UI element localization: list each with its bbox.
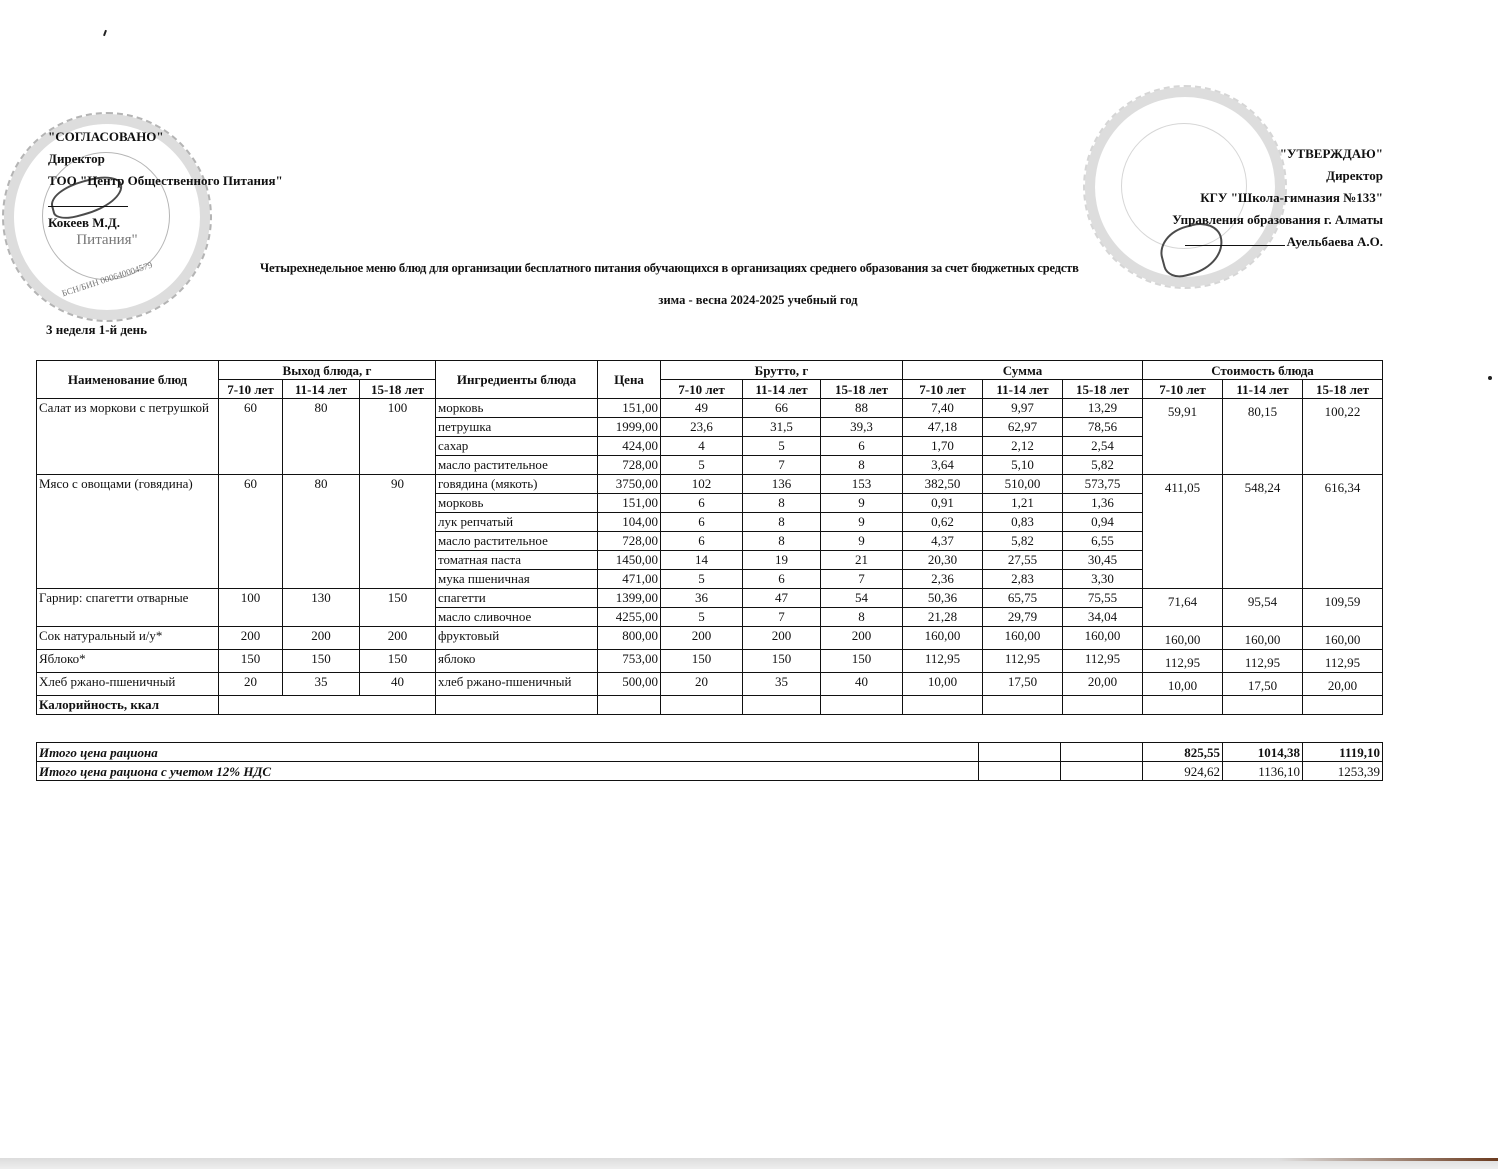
dish-yield: 80 [283,475,360,589]
approval-organization: ТОО "Центр Общественного Питания" [48,170,283,192]
header-sum-age-0: 7-10 лет [903,380,983,399]
ingredient-brutto: 88 [821,399,903,418]
table-row: Яблоко*150150150яблоко753,00150150150112… [37,650,1383,673]
ingredient-sum: 112,95 [1063,650,1143,673]
page-edge-shadow [1278,1158,1498,1161]
ingredient-sum: 78,56 [1063,418,1143,437]
table-row: Хлеб ржано-пшеничный203540хлеб ржано-пше… [37,673,1383,696]
dish-name: Гарнир: спагетти отварные [37,589,219,627]
dish-cost: 20,00 [1303,673,1383,696]
ingredient-sum: 20,30 [903,551,983,570]
dish-yield: 80 [283,399,360,475]
ingredient-name: масло растительное [436,532,598,551]
ingredient-sum: 573,75 [1063,475,1143,494]
empty-cell [219,696,436,715]
ingredient-name: лук репчатый [436,513,598,532]
ingredient-brutto: 9 [821,513,903,532]
dish-yield: 35 [283,673,360,696]
total-ration-vat-label: Итого цена рациона с учетом 12% НДС [37,762,979,781]
dish-cost: 10,00 [1143,673,1223,696]
ingredient-brutto: 5 [743,437,821,456]
approval-heading: "УТВЕРЖДАЮ" [1172,143,1383,165]
approval-organization: КГУ "Школа-гимназия №133" [1172,187,1383,209]
ingredient-price: 500,00 [598,673,661,696]
dish-yield: 200 [360,627,436,650]
ingredient-name: мука пшеничная [436,570,598,589]
ingredient-brutto: 200 [661,627,743,650]
ingredient-brutto: 39,3 [821,418,903,437]
ingredient-brutto: 200 [821,627,903,650]
ingredient-sum: 112,95 [903,650,983,673]
dish-yield: 200 [219,627,283,650]
empty-cell [598,696,661,715]
ingredient-sum: 21,28 [903,608,983,627]
ingredient-name: хлеб ржано-пшеничный [436,673,598,696]
ingredient-brutto: 36 [661,589,743,608]
ingredient-brutto: 20 [661,673,743,696]
total-ration-15-18: 1119,10 [1303,743,1383,762]
ingredient-brutto: 8 [821,608,903,627]
scan-dot [1488,376,1492,380]
header-yield: Выход блюда, г [219,361,436,380]
page-bottom-edge [0,1158,1498,1169]
ingredient-sum: 10,00 [903,673,983,696]
dish-yield: 150 [360,650,436,673]
ingredient-price: 800,00 [598,627,661,650]
empty-cell [983,696,1063,715]
header-sum-age-1: 11-14 лет [983,380,1063,399]
ingredient-sum: 382,50 [903,475,983,494]
ingredient-price: 1450,00 [598,551,661,570]
ingredient-brutto: 150 [661,650,743,673]
ingredient-brutto: 14 [661,551,743,570]
ingredient-sum: 1,21 [983,494,1063,513]
dish-name: Мясо с овощами (говядина) [37,475,219,589]
header-price: Цена [598,361,661,399]
approval-signatory: Кокеев М.Д. [48,212,283,234]
ingredient-name: говядина (мякоть) [436,475,598,494]
approval-heading: "СОГЛАСОВАНО" [48,126,283,148]
ingredient-sum: 47,18 [903,418,983,437]
dish-cost: 17,50 [1223,673,1303,696]
ingredient-sum: 20,00 [1063,673,1143,696]
empty-cell [821,696,903,715]
ingredient-sum: 160,00 [903,627,983,650]
dish-cost: 112,95 [1223,650,1303,673]
empty-cell [1061,762,1143,781]
calories-row: Калорийность, ккал [37,696,1383,715]
header-sum: Сумма [903,361,1143,380]
approval-signatory-row: Ауельбаева А.О. [1172,231,1383,253]
ingredient-brutto: 66 [743,399,821,418]
approval-position: Директор [1172,165,1383,187]
header-cost-age-0: 7-10 лет [1143,380,1223,399]
dish-cost: 71,64 [1143,589,1223,627]
empty-cell [1303,696,1383,715]
ingredient-brutto: 6 [661,532,743,551]
ingredient-brutto: 6 [821,437,903,456]
ingredient-name: яблоко [436,650,598,673]
ingredient-sum: 2,83 [983,570,1063,589]
dish-cost: 95,54 [1223,589,1303,627]
header-cost-age-1: 11-14 лет [1223,380,1303,399]
ingredient-sum: 50,36 [903,589,983,608]
approval-approved-block: "УТВЕРЖДАЮ" Директор КГУ "Школа-гимназия… [1172,143,1383,253]
ingredient-sum: 5,82 [983,532,1063,551]
ingredient-sum: 65,75 [983,589,1063,608]
dish-cost: 112,95 [1143,650,1223,673]
ingredient-brutto: 54 [821,589,903,608]
ingredient-price: 1399,00 [598,589,661,608]
signature-line [48,206,128,207]
ingredient-sum: 5,82 [1063,456,1143,475]
ingredient-price: 4255,00 [598,608,661,627]
dish-name: Сок натуральный и/у* [37,627,219,650]
ingredient-sum: 75,55 [1063,589,1143,608]
ingredient-sum: 13,29 [1063,399,1143,418]
empty-cell [1063,696,1143,715]
header-ingredients: Ингредиенты блюда [436,361,598,399]
header-cost-age-2: 15-18 лет [1303,380,1383,399]
ingredient-sum: 1,70 [903,437,983,456]
ingredient-brutto: 150 [821,650,903,673]
ingredient-brutto: 8 [743,532,821,551]
dish-yield: 150 [283,650,360,673]
header-dish-name: Наименование блюд [37,361,219,399]
table-row: Сок натуральный и/у*200200200фруктовый80… [37,627,1383,650]
ingredient-sum: 2,36 [903,570,983,589]
ingredient-brutto: 23,6 [661,418,743,437]
ingredient-price: 728,00 [598,532,661,551]
table-row: Гарнир: спагетти отварные100130150спагет… [37,589,1383,608]
header-sum-age-2: 15-18 лет [1063,380,1143,399]
ingredient-name: фруктовый [436,627,598,650]
dish-yield: 150 [219,650,283,673]
ingredient-brutto: 31,5 [743,418,821,437]
ingredient-sum: 1,36 [1063,494,1143,513]
dish-cost: 548,24 [1223,475,1303,589]
ingredient-price: 104,00 [598,513,661,532]
header-brutto-age-1: 11-14 лет [743,380,821,399]
ingredient-price: 471,00 [598,570,661,589]
ingredient-price: 753,00 [598,650,661,673]
dish-cost: 109,59 [1303,589,1383,627]
ingredient-sum: 0,94 [1063,513,1143,532]
ingredient-brutto: 5 [661,456,743,475]
total-vat-15-18: 1253,39 [1303,762,1383,781]
empty-cell [979,743,1061,762]
empty-cell [1143,696,1223,715]
ingredient-sum: 0,83 [983,513,1063,532]
menu-body: Салат из моркови с петрушкой6080100морко… [37,399,1383,715]
signature-line-row [48,192,283,212]
total-ration-vat-row: Итого цена рациона с учетом 12% НДС 924,… [37,762,1383,781]
ingredient-sum: 27,55 [983,551,1063,570]
dish-yield: 200 [283,627,360,650]
total-ration-11-14: 1014,38 [1223,743,1303,762]
ingredient-brutto: 9 [821,532,903,551]
ingredient-brutto: 35 [743,673,821,696]
ingredient-brutto: 7 [743,456,821,475]
ingredient-brutto: 6 [661,494,743,513]
dish-yield: 60 [219,399,283,475]
ingredient-brutto: 8 [743,513,821,532]
dish-cost: 160,00 [1303,627,1383,650]
ingredient-brutto: 102 [661,475,743,494]
ingredient-name: спагетти [436,589,598,608]
empty-cell [743,696,821,715]
ingredient-brutto: 40 [821,673,903,696]
ingredient-price: 151,00 [598,494,661,513]
dish-name: Салат из моркови с петрушкой [37,399,219,475]
empty-cell [1061,743,1143,762]
ingredient-sum: 62,97 [983,418,1063,437]
dish-yield: 60 [219,475,283,589]
table-row: Мясо с овощами (говядина)608090говядина … [37,475,1383,494]
signature-line [1185,245,1285,246]
ingredient-price: 151,00 [598,399,661,418]
dish-yield: 40 [360,673,436,696]
document-subtitle: зима - весна 2024-2025 учебный год [0,293,1498,308]
ingredient-sum: 29,79 [983,608,1063,627]
ingredient-sum: 510,00 [983,475,1063,494]
menu-table: Наименование блюд Выход блюда, г Ингреди… [36,360,1383,715]
ingredient-brutto: 136 [743,475,821,494]
approval-signatory: Ауельбаева А.О. [1287,234,1383,249]
ingredient-brutto: 21 [821,551,903,570]
ingredient-sum: 3,30 [1063,570,1143,589]
empty-cell [436,696,598,715]
ingredient-brutto: 49 [661,399,743,418]
ingredient-sum: 112,95 [983,650,1063,673]
ingredient-sum: 2,12 [983,437,1063,456]
ingredient-brutto: 150 [743,650,821,673]
ingredient-sum: 6,55 [1063,532,1143,551]
ingredient-sum: 0,91 [903,494,983,513]
ingredient-brutto: 8 [821,456,903,475]
dish-cost: 160,00 [1223,627,1303,650]
ingredient-price: 424,00 [598,437,661,456]
empty-cell [979,762,1061,781]
dish-yield: 90 [360,475,436,589]
ingredient-sum: 7,40 [903,399,983,418]
scan-speck [103,30,107,36]
dish-cost: 100,22 [1303,399,1383,475]
document-title: Четырехнедельное меню блюд для организац… [0,261,1498,276]
dish-yield: 100 [219,589,283,627]
ingredient-price: 3750,00 [598,475,661,494]
ingredient-sum: 160,00 [983,627,1063,650]
ingredient-brutto: 6 [661,513,743,532]
ingredient-name: масло растительное [436,456,598,475]
dish-yield: 20 [219,673,283,696]
total-ration-label: Итого цена рациона [37,743,979,762]
ingredient-brutto: 5 [661,608,743,627]
age-group-header-row: 7-10 лет11-14 лет15-18 лет7-10 лет11-14 … [37,380,1383,399]
total-ration-row: Итого цена рациона 825,55 1014,38 1119,1… [37,743,1383,762]
header-yield-age-0: 7-10 лет [219,380,283,399]
stamp-text: Питания" [4,232,210,249]
ingredient-sum: 3,64 [903,456,983,475]
ingredient-brutto: 200 [743,627,821,650]
dish-yield: 130 [283,589,360,627]
ingredient-sum: 2,54 [1063,437,1143,456]
ingredient-brutto: 47 [743,589,821,608]
approval-agreed-block: "СОГЛАСОВАНО" Директор ТОО "Центр Общест… [48,126,283,234]
total-vat-11-14: 1136,10 [1223,762,1303,781]
ingredient-name: петрушка [436,418,598,437]
ingredient-brutto: 6 [743,570,821,589]
ingredient-brutto: 7 [821,570,903,589]
header-brutto: Брутто, г [661,361,903,380]
header-brutto-age-0: 7-10 лет [661,380,743,399]
ingredient-brutto: 153 [821,475,903,494]
dish-name: Хлеб ржано-пшеничный [37,673,219,696]
ingredient-sum: 5,10 [983,456,1063,475]
total-vat-7-10: 924,62 [1143,762,1223,781]
dish-yield: 100 [360,399,436,475]
table-row: Салат из моркови с петрушкой6080100морко… [37,399,1383,418]
ingredient-sum: 34,04 [1063,608,1143,627]
ingredient-name: томатная паста [436,551,598,570]
total-ration-7-10: 825,55 [1143,743,1223,762]
empty-cell [1223,696,1303,715]
ingredient-brutto: 8 [743,494,821,513]
ingredient-sum: 0,62 [903,513,983,532]
ingredient-sum: 4,37 [903,532,983,551]
totals-table: Итого цена рациона 825,55 1014,38 1119,1… [36,742,1383,781]
ingredient-name: морковь [436,399,598,418]
ingredient-name: масло сливочное [436,608,598,627]
ingredient-brutto: 9 [821,494,903,513]
ingredient-name: морковь [436,494,598,513]
empty-cell [903,696,983,715]
dish-cost: 411,05 [1143,475,1223,589]
approval-department: Управления образования г. Алматы [1172,209,1383,231]
week-day-label: 3 неделя 1-й день [46,322,147,338]
calories-label: Калорийность, ккал [37,696,219,715]
ingredient-sum: 30,45 [1063,551,1143,570]
header-cost: Стоимость блюда [1143,361,1383,380]
dish-cost: 112,95 [1303,650,1383,673]
empty-cell [661,696,743,715]
header-yield-age-1: 11-14 лет [283,380,360,399]
ingredient-brutto: 4 [661,437,743,456]
dish-cost: 160,00 [1143,627,1223,650]
dish-cost: 80,15 [1223,399,1303,475]
ingredient-brutto: 7 [743,608,821,627]
dish-cost: 59,91 [1143,399,1223,475]
ingredient-price: 728,00 [598,456,661,475]
ingredient-sum: 160,00 [1063,627,1143,650]
ingredient-brutto: 19 [743,551,821,570]
dish-yield: 150 [360,589,436,627]
dish-cost: 616,34 [1303,475,1383,589]
ingredient-price: 1999,00 [598,418,661,437]
header-brutto-age-2: 15-18 лет [821,380,903,399]
approval-position: Директор [48,148,283,170]
ingredient-sum: 17,50 [983,673,1063,696]
ingredient-name: сахар [436,437,598,456]
ingredient-brutto: 5 [661,570,743,589]
ingredient-sum: 9,97 [983,399,1063,418]
header-yield-age-2: 15-18 лет [360,380,436,399]
dish-name: Яблоко* [37,650,219,673]
